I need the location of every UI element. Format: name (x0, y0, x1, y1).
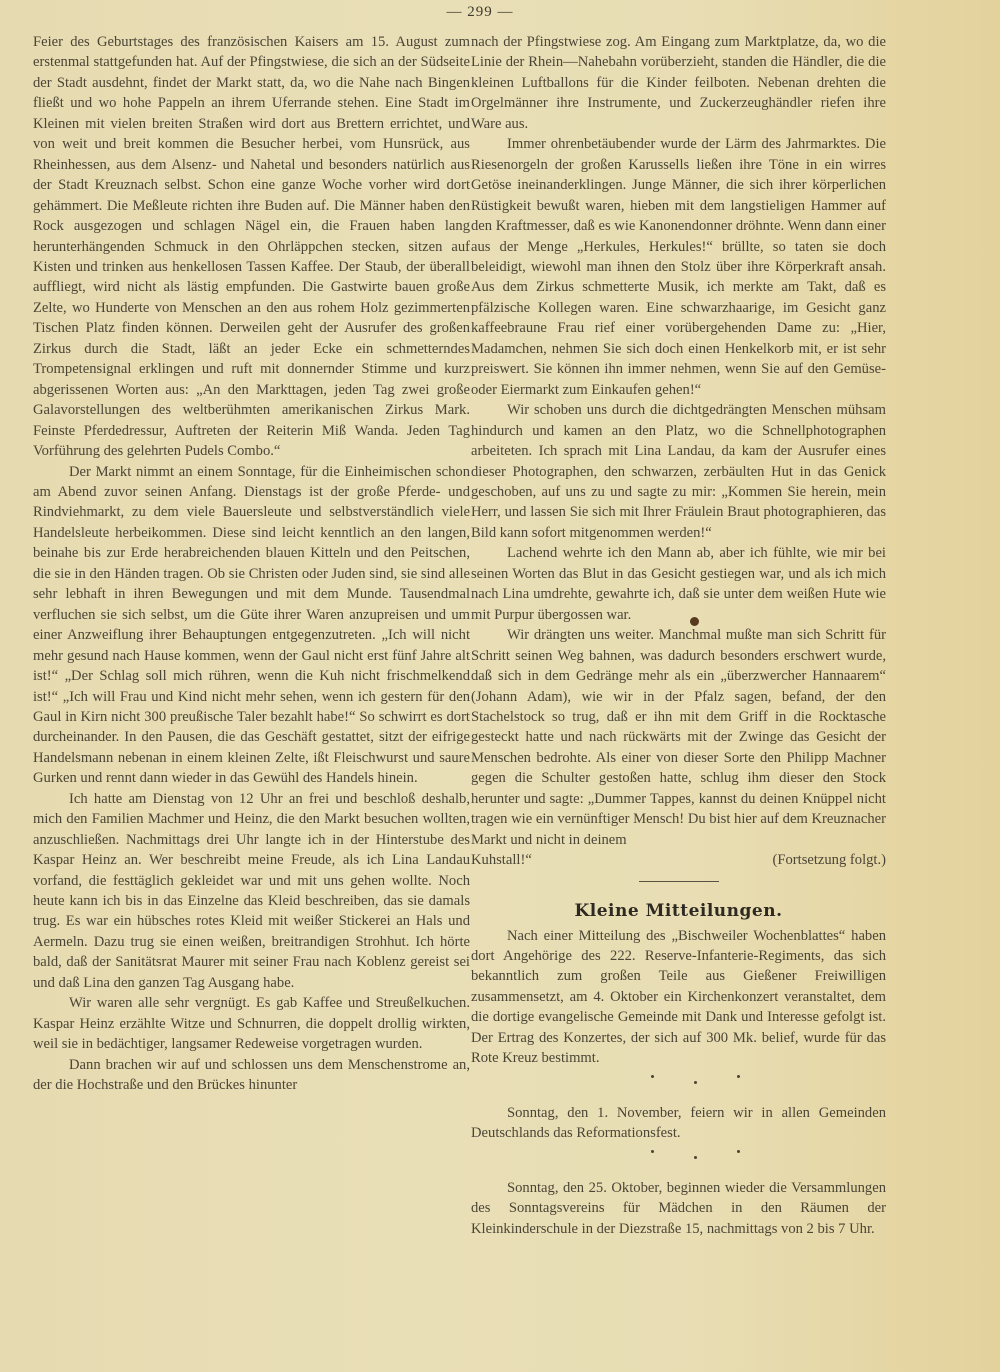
page-number: — 299 — (400, 4, 560, 21)
paper-stain (690, 617, 699, 626)
section-divider (639, 881, 719, 882)
paragraph-noise: Immer ohrenbetäubender wurde der Lärm de… (471, 134, 886, 400)
asterism-divider (471, 1146, 886, 1172)
paragraph-tuesday-visit: Ich hatte am Dienstag von 12 Uhr an frei… (33, 789, 470, 994)
paragraph-fair-description: Feier des Geburtstages des französischen… (33, 32, 470, 462)
continuation-row: Kuhstall!“ (Fortsetzung folgt.) (471, 850, 886, 870)
right-column: nach der Pfingstwiese zog. Am Eingang zu… (471, 32, 886, 1239)
paragraph-departure: Dann brachen wir auf und schlossen uns d… (33, 1055, 470, 1096)
left-column: Feier des Geburtstages des französischen… (33, 32, 470, 1096)
paragraph-market-sunday: Der Markt nimmt an einem Sonntage, für d… (33, 462, 470, 789)
paragraph-photographers: Wir schoben uns durch die dichtgedrängte… (471, 400, 886, 543)
paragraph-coffee: Wir waren alle sehr vergnügt. Es gab Kaf… (33, 993, 470, 1054)
last-line: Kuhstall!“ (471, 850, 532, 870)
continuation-note: (Fortsetzung folgt.) (773, 850, 887, 870)
news-item-sunday-club: Sonntag, den 25. Oktober, beginnen wiede… (471, 1178, 886, 1239)
paragraph-crowd: Wir drängten uns weiter. Manchmal mußte … (471, 625, 886, 850)
asterism-divider (471, 1071, 886, 1097)
section-heading: Kleine Mitteilungen. (471, 900, 886, 922)
paragraph-blush: Lachend wehrte ich den Mann ab, aber ich… (471, 543, 886, 625)
news-item-concert: Nach einer Mitteilung des „Bischweiler W… (471, 926, 886, 1069)
news-item-reformation: Sonntag, den 1. November, feiern wir in … (471, 1103, 886, 1144)
paragraph-entrance: nach der Pfingstwiese zog. Am Eingang zu… (471, 32, 886, 134)
